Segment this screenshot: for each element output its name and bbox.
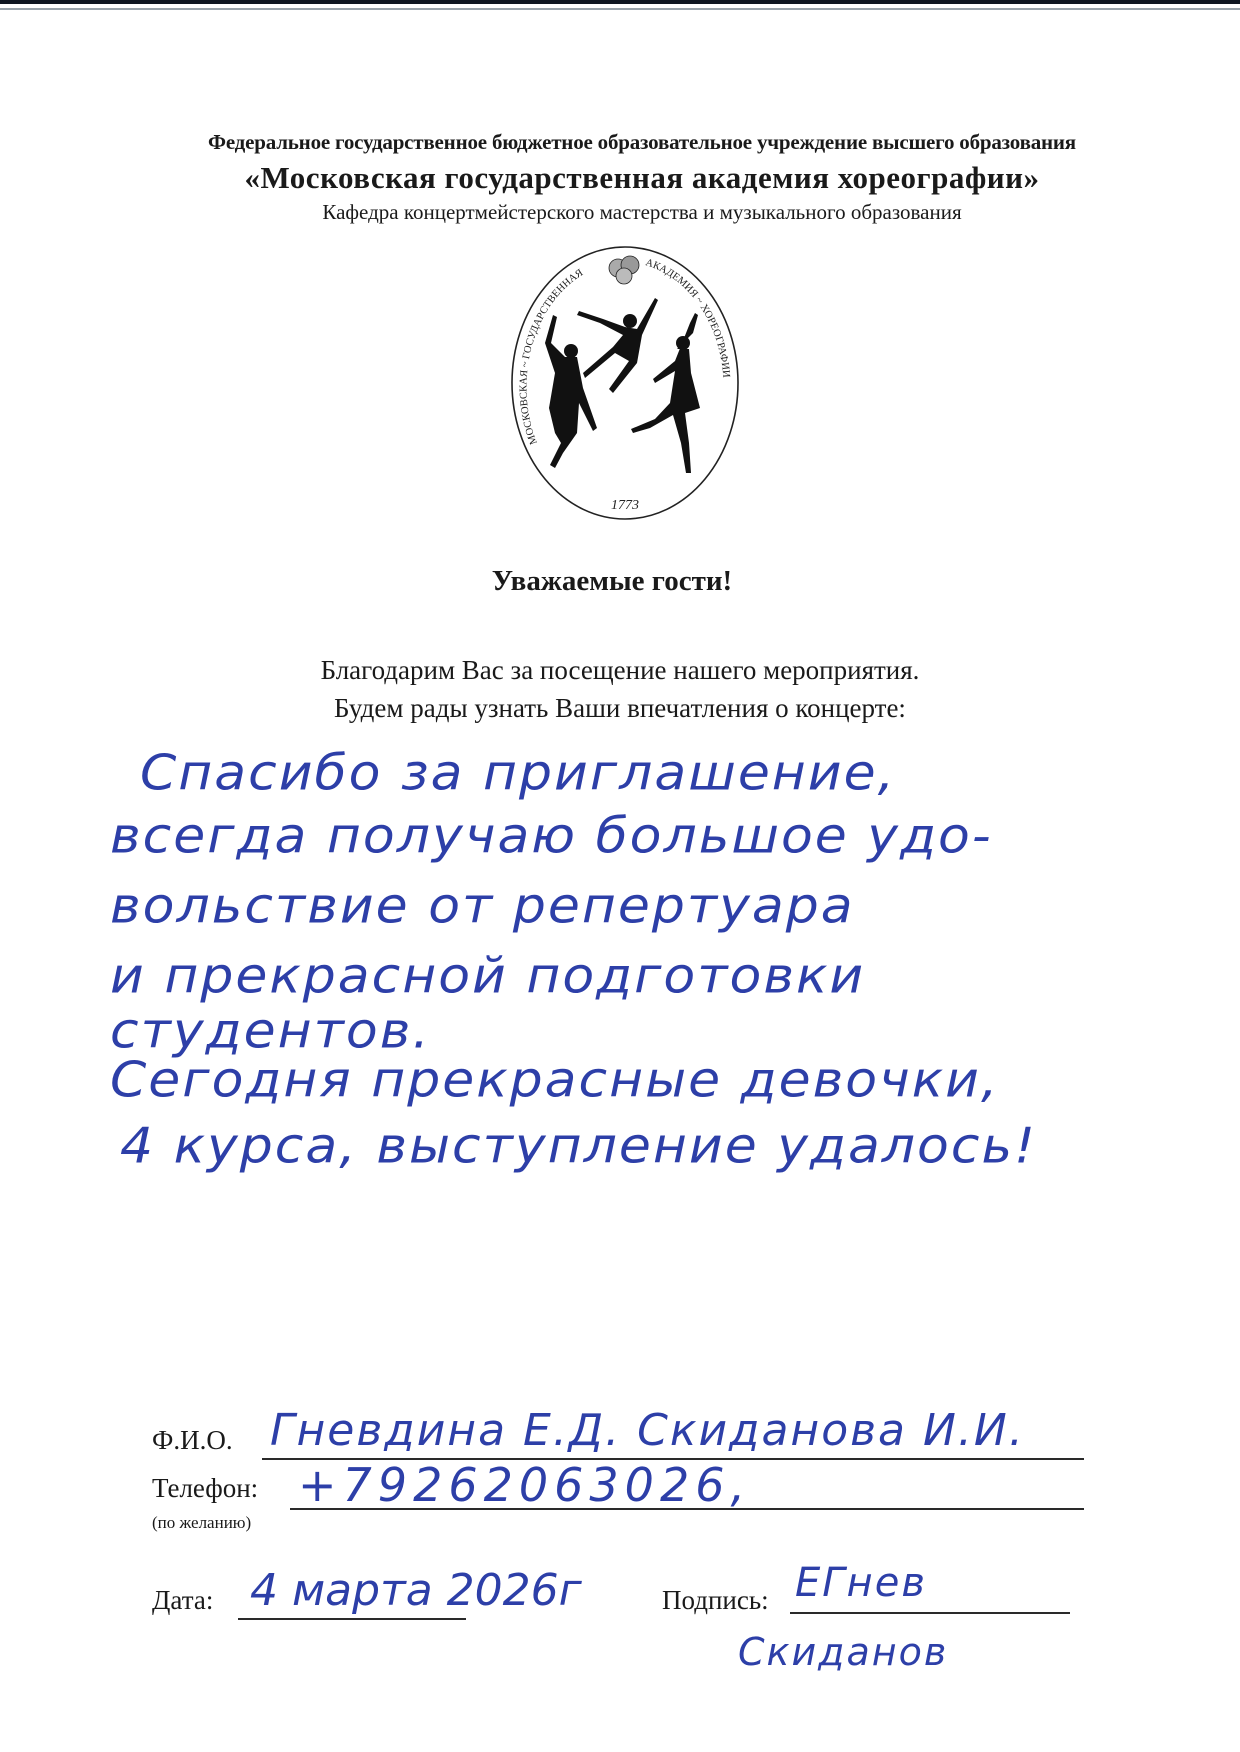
fio-label: Ф.И.О.	[152, 1425, 233, 1456]
thanks-line-1: Благодарим Вас за посещение нашего мероп…	[0, 655, 1240, 686]
phone-label: Телефон:	[152, 1473, 258, 1504]
greeting-heading: Уважаемые гости!	[0, 565, 1240, 598]
thanks-line-2: Будем рады узнать Ваши впечатления о кон…	[0, 693, 1240, 724]
feedback-line-3: вольствие от репертуара	[110, 878, 855, 935]
institution-type: Федеральное государственное бюджетное об…	[0, 130, 1240, 155]
department-name: Кафедра концертмейстерского мастерства и…	[0, 200, 1240, 225]
rose-emblem-icon	[609, 256, 639, 284]
feedback-line-7: 4 курса, выступление удалось!	[120, 1118, 1037, 1175]
academy-logo: МОСКОВСКАЯ ~ ГОСУДАРСТВЕННАЯ АКАДЕМИЯ ~ …	[505, 243, 745, 523]
feedback-line-4: и прекрасной подготовки	[110, 948, 865, 1005]
logo-year: 1773	[611, 498, 639, 513]
fio-field[interactable]: Гневдина Е.Д. Скиданова И.И.	[270, 1405, 1025, 1456]
dancers-silhouette-icon	[545, 298, 700, 473]
signature-field-1[interactable]: ЕГнев	[795, 1560, 927, 1606]
phone-optional-note: (по желанию)	[152, 1513, 251, 1533]
feedback-line-2: всегда получаю большое удо-	[110, 808, 993, 865]
signature-label: Подпись:	[662, 1585, 769, 1616]
signature-underline	[790, 1612, 1070, 1614]
phone-field[interactable]: +79262063026,	[298, 1458, 751, 1512]
institution-name: «Московская государственная академия хор…	[0, 160, 1240, 196]
date-underline	[238, 1618, 466, 1620]
signature-field-2[interactable]: Скиданов	[738, 1630, 948, 1674]
date-field[interactable]: 4 марта 2026г	[250, 1565, 582, 1616]
feedback-line-6: Сегодня прекрасные девочки,	[110, 1052, 1000, 1109]
feedback-line-1: Спасибо за приглашение,	[140, 745, 896, 802]
scan-top-edge	[0, 0, 1240, 4]
scan-top-shadow	[0, 8, 1240, 10]
date-label: Дата:	[152, 1585, 213, 1616]
